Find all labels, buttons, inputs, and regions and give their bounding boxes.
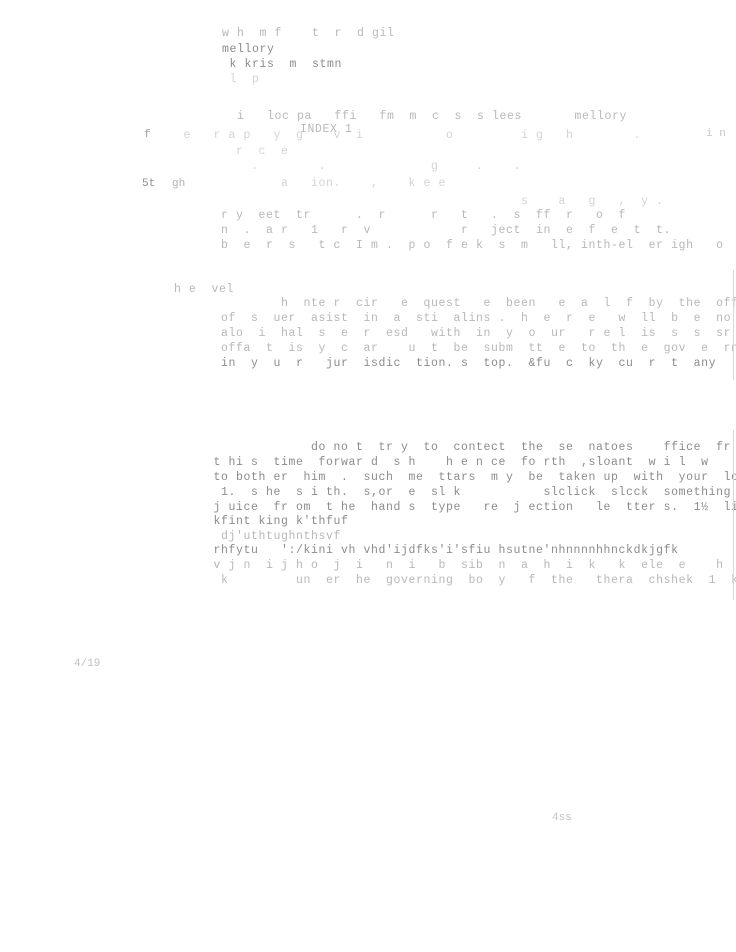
para3-line-6: kfint king k'thfuf bbox=[206, 516, 349, 528]
para2-line-4: offa t is y c ar u t be subm tt e to th … bbox=[206, 343, 736, 355]
header-line-4: l p bbox=[222, 74, 395, 86]
para1-line-1: e r a p y g v i o i g h . bbox=[176, 130, 641, 142]
margin-note-right: i n bbox=[706, 128, 726, 140]
header-line-2: mellory bbox=[222, 44, 275, 56]
para1-line-3: . . g . . bbox=[206, 161, 671, 173]
para2-line-2: of s uer asist in a sti alins . h e r e … bbox=[206, 313, 736, 325]
para3-line-4: 1. s he s i th. s,or e sl k slclick slcc… bbox=[206, 487, 731, 499]
para2-line-5: in y u r jur isdic tion. s top. &fu c ky… bbox=[206, 358, 736, 370]
margin-note-f: f bbox=[144, 129, 151, 141]
para1-line-5: s a g , y . bbox=[206, 196, 664, 208]
margin-note-bottom-left: 4/19 bbox=[74, 658, 100, 670]
header-line-3: k kris m stmn bbox=[222, 59, 342, 71]
margin-note-gh: gh bbox=[172, 178, 185, 190]
para3-line-1: do no t tr y to contect the se natoes ff… bbox=[206, 442, 731, 454]
para1-line-7: n . a r 1 r v r ject in e f e t t. bbox=[206, 225, 671, 237]
margin-note-5t: 5t bbox=[142, 178, 155, 190]
para1-line-8: b e r s t c I m . p o f e k s m ll, inth… bbox=[206, 240, 736, 252]
para1-line-4: a ion. , k e e bbox=[206, 178, 641, 190]
scan-edge-mark bbox=[733, 430, 734, 600]
para3-line-3: to both er him . such me ttars m y be ta… bbox=[206, 472, 736, 484]
para3-line-8: rhfytu ':/kini vh vhd'ijdfks'i'sfiu hsut… bbox=[206, 545, 679, 557]
subject-line: i loc pa ffi fm m c s s lees mellory bbox=[222, 111, 627, 123]
para3-line-7: dj'uthtughnthsvf bbox=[206, 531, 341, 543]
para3-line-2: t hi s time forwar d s h h e n ce fo rth… bbox=[206, 457, 709, 469]
para3-line-10: k un er he governing bo y f the thera ch… bbox=[206, 575, 736, 587]
para3-line-5: j uice fr om t he hand s type re j ectio… bbox=[206, 502, 736, 514]
para2-opening: h e vel bbox=[174, 284, 234, 296]
scanned-document-page: w h m f t r d gil mellory k kris m stmn … bbox=[0, 0, 736, 952]
para1-line-6: r y eet tr . r r t . s ff r o f bbox=[206, 210, 634, 222]
scan-edge-mark bbox=[733, 270, 734, 380]
page-number: 4ss bbox=[552, 812, 572, 824]
para2-line-1: h nte r cir e quest e been e a l f by th… bbox=[206, 298, 736, 310]
para3-line-9: v j n i j h o j i n i b sib n a h i k k … bbox=[206, 560, 724, 572]
para2-line-3: alo i hal s e r esd with in y o ur r e l… bbox=[206, 328, 736, 340]
header-line-1: w h m f t r d gil bbox=[222, 28, 395, 40]
para1-line-2: r c e bbox=[206, 146, 619, 158]
